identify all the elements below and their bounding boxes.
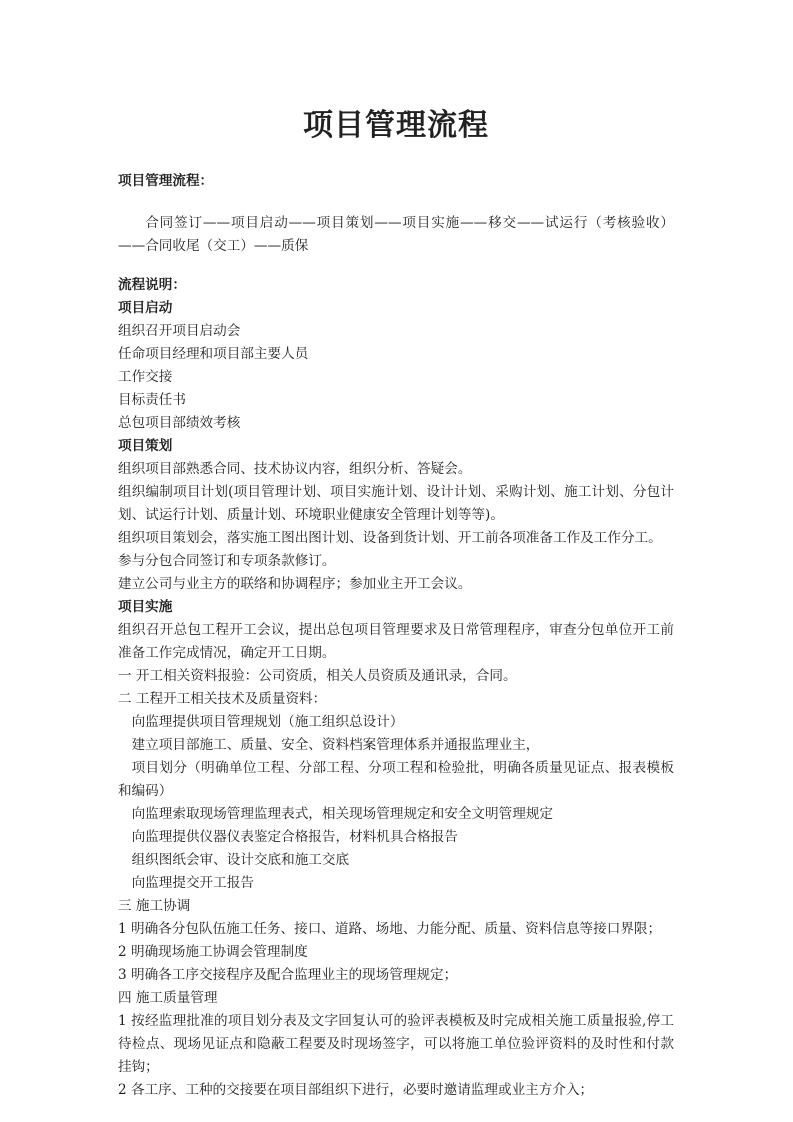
sub-item: 向监理提供仪器仪表鉴定合格报告，材料机具合格报告 [118,826,674,849]
sub-item: 向监理提供项目管理规划（施工组织总设计） [118,711,674,734]
numbered-section-2: 二 工程开工相关技术及质量资料： [118,688,674,711]
planning-item: 参与分包合同签订和专项条款修订。 [118,550,674,573]
sub-item: 组织图纸会审、设计交底和施工交底 [118,849,674,872]
section-heading-project-planning: 项目策划 [118,435,674,458]
list-item: 1 按经监理批准的项目划分表及文字回复认可的验评表模板及时完成相关施工质量报验,… [118,1010,674,1079]
numbered-section-3: 三 施工协调 [118,895,674,918]
sub-item: 向监理索取现场管理监理表式，相关现场管理规定和安全文明管理规定 [118,803,674,826]
sub-item: 项目划分（明确单位工程、分部工程、分项工程和检验批，明确各质量见证点、报表模板和… [118,757,674,803]
planning-item: 组织项目部熟悉合同、技术协议内容，组织分析、答疑会。 [118,458,674,481]
section-heading-project-launch: 项目启动 [118,297,674,320]
section-heading-project-execution: 项目实施 [118,596,674,619]
launch-item: 目标责任书 [118,389,674,412]
planning-item: 建立公司与业主方的联络和协调程序；参加业主开工会议。 [118,573,674,596]
document-page: 项目管理流程 项目管理流程： 合同签订——项目启动——项目策划——项目实施——移… [0,0,793,1122]
sub-item: 向监理提交开工报告 [118,872,674,895]
flow-label-heading: 项目管理流程： [118,170,674,193]
list-item: 2 各工序、工种的交接要在项目部组织下进行，必要时邀请监理或业主方介入； [118,1079,674,1102]
planning-item: 组织编制项目计划(项目管理计划、项目实施计划、设计计划、采购计划、施工计划、分包… [118,481,674,527]
document-title: 项目管理流程 [118,104,674,148]
list-item: 1 明确各分包队伍施工任务、接口、道路、场地、力能分配、质量、资料信息等接口界限… [118,918,674,941]
planning-item: 组织项目策划会，落实施工图出图计划、设备到货计划、开工前各项准备工作及工作分工。 [118,527,674,550]
flow-sequence: 合同签订——项目启动——项目策划——项目实施——移交——试运行（考核验收）——合… [118,212,674,258]
list-item: 3 明确各工序交接程序及配合监理业主的现场管理规定； [118,964,674,987]
sub-item: 建立项目部施工、质量、安全、资料档案管理体系并通报监理业主， [118,734,674,757]
launch-item: 任命项目经理和项目部主要人员 [118,343,674,366]
launch-item: 组织召开项目启动会 [118,320,674,343]
execution-intro: 组织召开总包工程开工会议，提出总包项目管理要求及日常管理程序，审查分包单位开工前… [118,619,674,665]
numbered-section-4: 四 施工质量管理 [118,987,674,1010]
document-body: 项目管理流程： 合同签订——项目启动——项目策划——项目实施——移交——试运行（… [118,170,674,1102]
launch-item: 总包项目部绩效考核 [118,412,674,435]
list-item: 2 明确现场施工协调会管理制度 [118,941,674,964]
launch-item: 工作交接 [118,366,674,389]
process-notes-heading: 流程说明： [118,274,674,297]
numbered-section-1: 一 开工相关资料报验：公司资质，相关人员资质及通讯录，合同。 [118,665,674,688]
